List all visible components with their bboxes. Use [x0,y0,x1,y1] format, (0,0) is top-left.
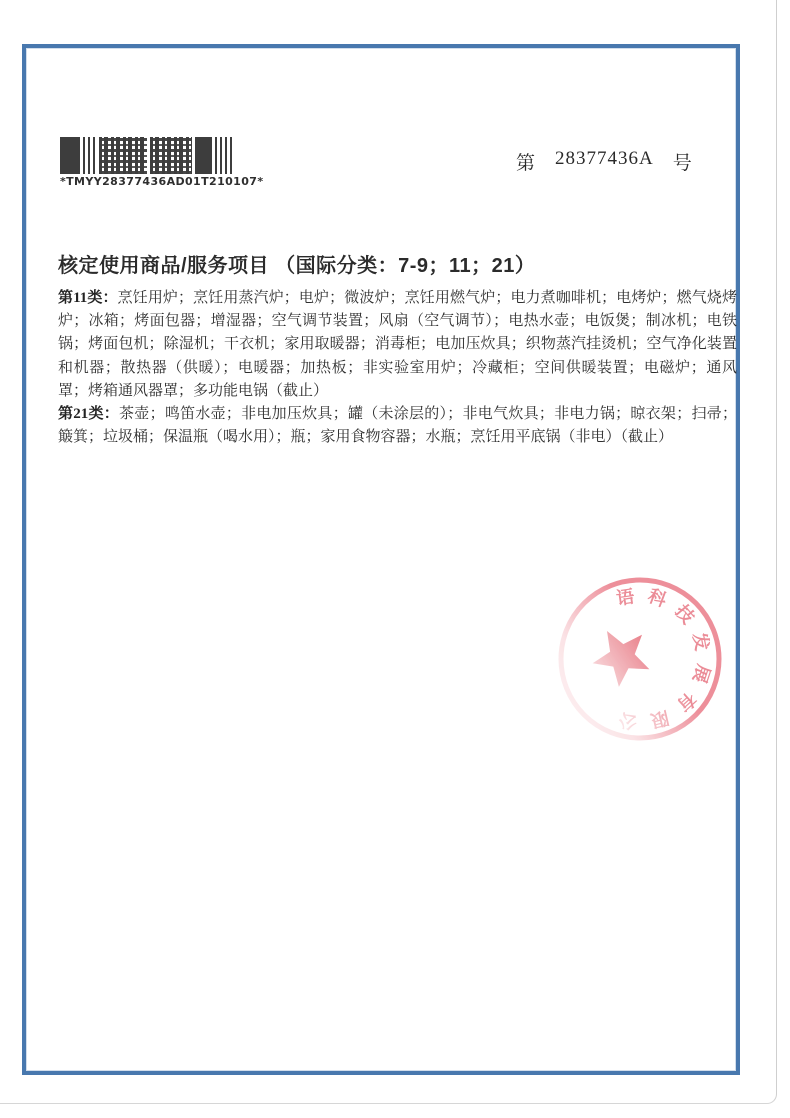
barcode-image [60,137,256,174]
certificate-number-suffix: 号 [673,148,693,175]
barcode-segment [60,137,80,174]
barcode-segment [83,137,96,174]
class-21-label: 第21类： [58,406,119,422]
barcode-segment [99,137,147,174]
certificate-number-prefix: 第 [516,148,536,175]
certificate-frame [22,44,740,1075]
class-11-label: 第11类： [58,290,118,306]
certificate-number-value: 28377436A [555,148,654,175]
goods-list: 第11类：烹饪用炉；烹饪用蒸汽炉；电炉；微波炉；烹饪用燃气炉；电力煮咖啡机；电烤… [58,287,737,449]
certificate-scan-page: *TMYY28377436AD01T210107* 第 28377436A 号 … [0,0,790,1118]
barcode-segment [195,137,212,174]
barcode-text: *TMYY28377436AD01T210107* [60,175,256,188]
barcode-segment [150,137,192,174]
class-11-items: 烹饪用炉；烹饪用蒸汽炉；电炉；微波炉；烹饪用燃气炉；电力煮咖啡机；电烤炉；燃气烧… [58,290,737,399]
goods-class-11: 第11类：烹饪用炉；烹饪用蒸汽炉；电炉；微波炉；烹饪用燃气炉；电力煮咖啡机；电烤… [58,287,737,403]
goods-class-21: 第21类：茶壶；鸣笛水壶；非电加压炊具；罐（未涂层的）；非电气炊具；非电力锅；晾… [58,403,737,449]
class-21-items: 茶壶；鸣笛水壶；非电加压炊具；罐（未涂层的）；非电气炊具；非电力锅；晾衣架；扫帚… [58,406,737,445]
section-title: 核定使用商品/服务项目 （国际分类：7-9；11；21） [58,249,535,278]
certificate-number: 第 28377436A 号 [516,148,693,175]
barcode: *TMYY28377436AD01T210107* [60,137,256,188]
barcode-segment [215,137,234,174]
